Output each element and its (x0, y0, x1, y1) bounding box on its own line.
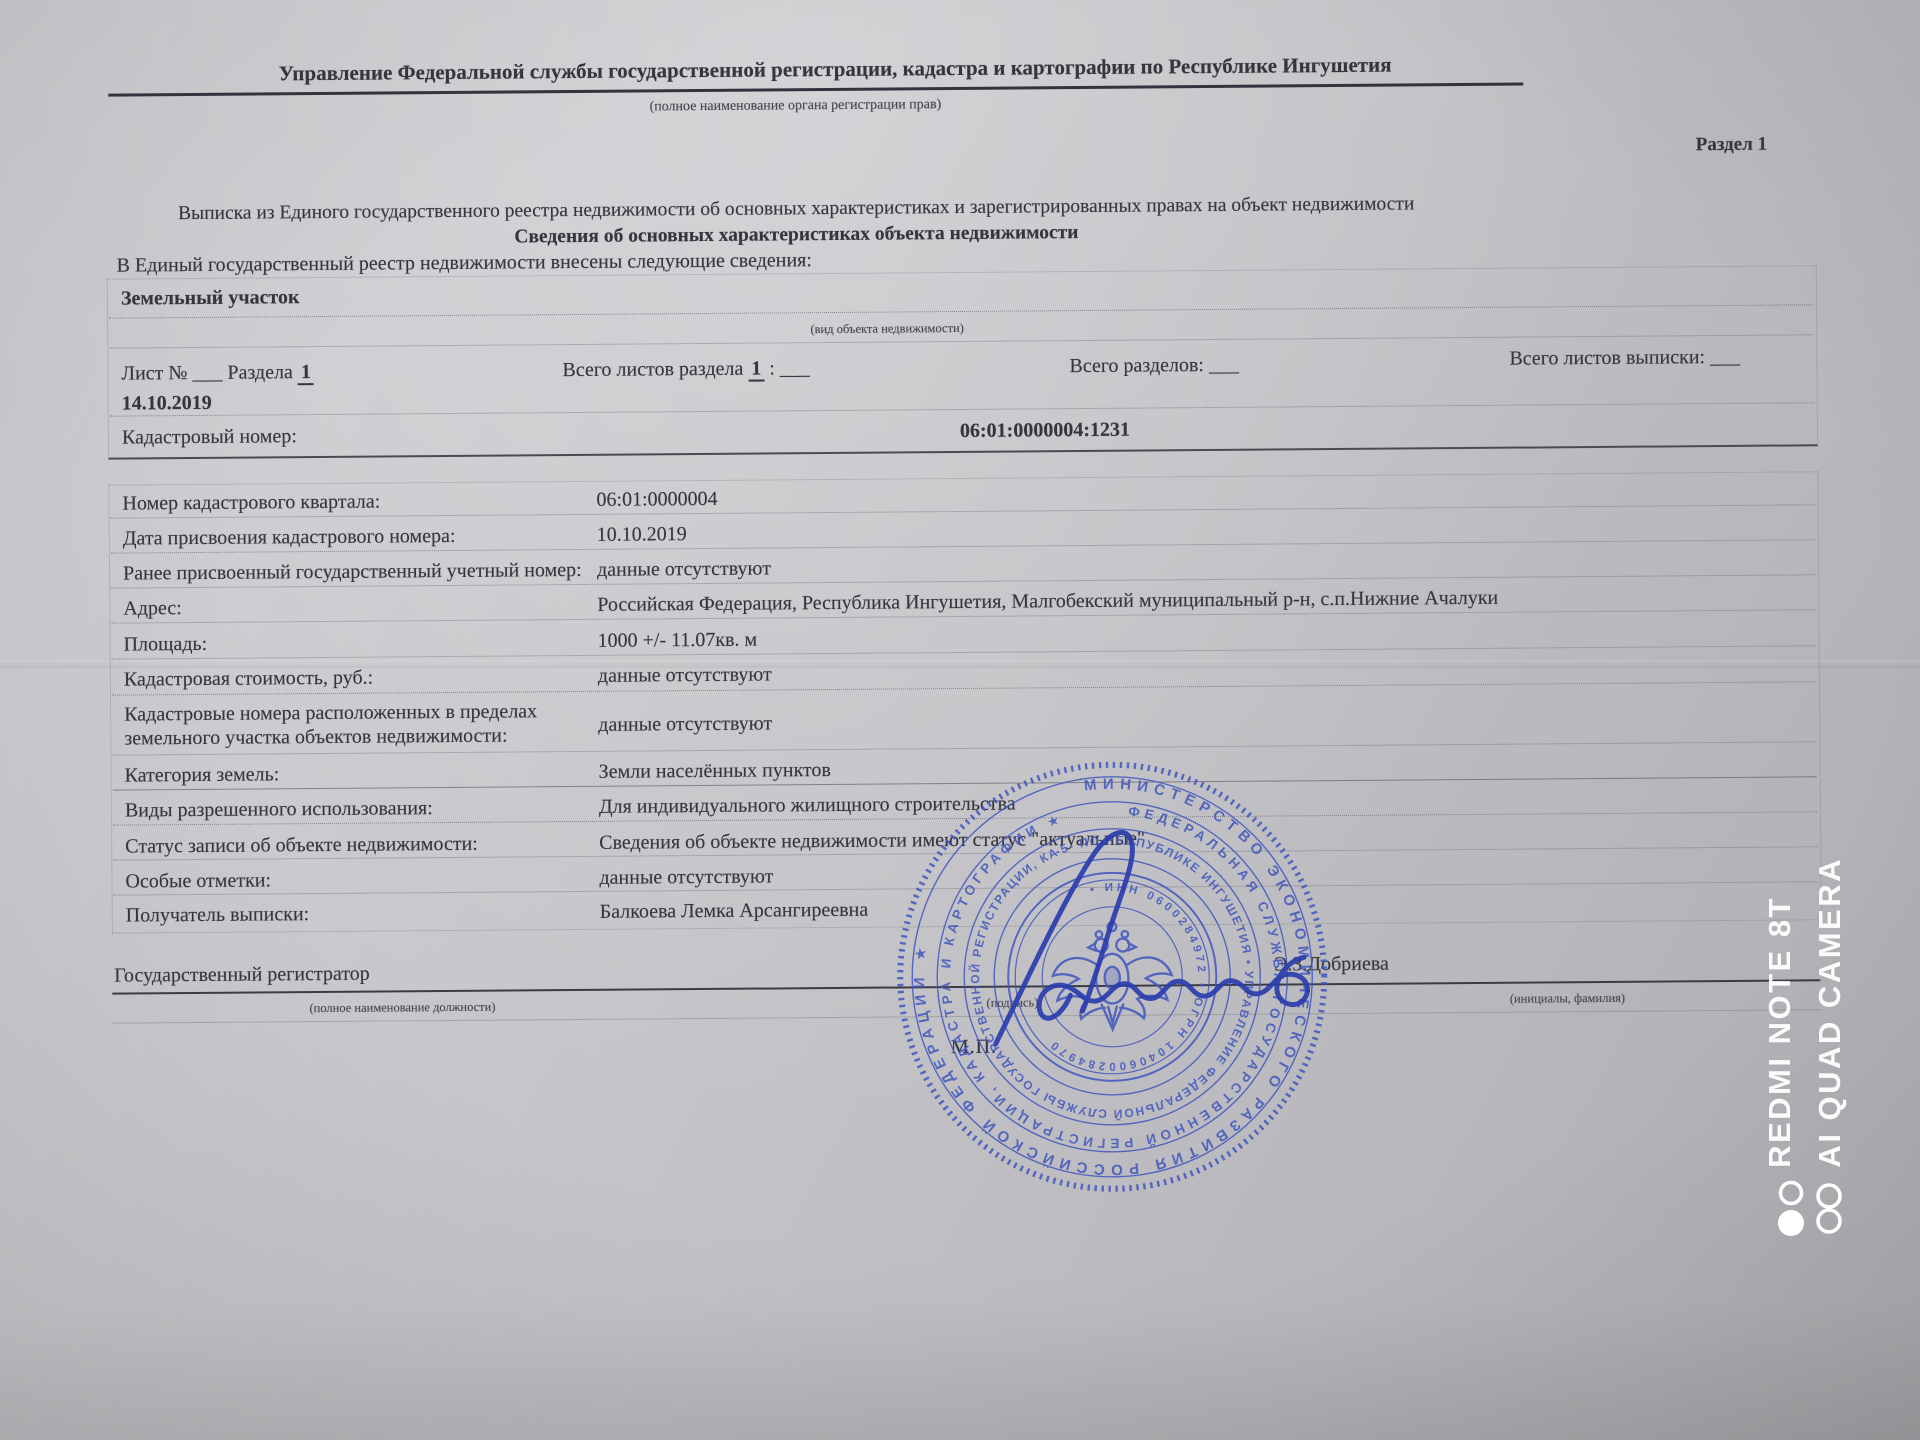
caption-initials: (инициалы, фамилия) (1382, 990, 1752, 1008)
sheets-in-section-value: 1 (748, 358, 764, 382)
logo-ring-icon (1781, 1183, 1802, 1204)
row-value: Балкоева Лемка Арсангиреевна (600, 899, 869, 925)
row-value: Земли населённых пунктов (599, 759, 831, 784)
row-value: данные отсутствуют (597, 557, 771, 582)
row-value: 1000 +/- 11.07кв. м (598, 629, 758, 654)
extract-date: 14.10.2019 (122, 392, 212, 416)
caption-signature: (подпись) (912, 995, 1112, 1011)
row-value: 06:01:0000004 (596, 488, 717, 513)
registrar-name: Э.З.Добриева (1274, 953, 1389, 977)
row-label: Ранее присвоенный государственный учетны… (123, 559, 582, 586)
row-label: Виды разрешенного использования: (125, 797, 433, 823)
total-sheets-extract: Всего листов выписки: ___ (1509, 346, 1740, 371)
sheets-in-section: Всего листов раздела 1 : ___ (562, 357, 810, 383)
row-label: Особые отметки: (125, 869, 271, 894)
row-label: Кадастровая стоимость, руб.: (124, 667, 373, 693)
row-value: 10.10.2019 (597, 523, 687, 547)
registrar-label: Государственный регистратор (114, 963, 370, 989)
row-value: данные отсутствуют (598, 712, 772, 737)
row-label: Кадастровые номера расположенных в преде… (124, 700, 594, 751)
object-kind: Земельный участок (121, 286, 300, 311)
row-value: данные отсутствуют (599, 865, 773, 890)
row-value: Для индивидуального жилищного строительс… (599, 793, 1016, 820)
logo-eight-top-icon (1818, 1185, 1840, 1207)
caption-position: (полное наименование должности) (202, 999, 602, 1017)
sheet-number-value: 1 (298, 361, 314, 385)
sheet-number-text: Лист № ___ Раздела (121, 361, 293, 384)
seal-place-mark: М.П. (951, 1036, 997, 1060)
row-label: Получатель выписки: (126, 903, 310, 928)
watermark-device-name: REDMI NOTE 8T (1762, 896, 1798, 1168)
watermark-camera-logo (1776, 1180, 1852, 1240)
sheet-number: Лист № ___ Раздела 1 (121, 361, 314, 386)
row-label: Номер кадастрового квартала: (122, 491, 380, 517)
row-label: Статус записи об объекте недвижимости: (125, 833, 478, 859)
row-value: данные отсутствуют (598, 663, 772, 688)
row-label: Площадь: (124, 633, 208, 657)
watermark-camera-name: AI QUAD CAMERA (1812, 857, 1848, 1168)
row-label: Адрес: (123, 597, 182, 621)
total-sections: Всего разделов: ___ (1069, 354, 1239, 379)
registration-authority-name: Управление Федеральной службы государств… (105, 51, 1565, 87)
logo-dot-icon (1778, 1210, 1804, 1236)
section-label: Раздел 1 (1696, 134, 1768, 157)
document-page: Управление Федеральной службы государств… (0, 0, 1920, 1440)
sheets-in-section-text: Всего листов раздела (562, 358, 743, 381)
row-label: Категория земель: (125, 763, 280, 788)
document-photo: Управление Федеральной службы государств… (0, 0, 1920, 1440)
cadastral-number-label: Кадастровый номер: (122, 425, 297, 450)
cadastral-number-value: 06:01:0000004:1231 (960, 419, 1130, 444)
sheets-in-section-blank: : ___ (769, 357, 810, 379)
authority-caption: (полное наименование органа регистрации … (105, 93, 1485, 120)
row-label: Дата присвоения кадастрового номера: (123, 525, 456, 551)
logo-eight-bottom-icon (1818, 1210, 1840, 1232)
